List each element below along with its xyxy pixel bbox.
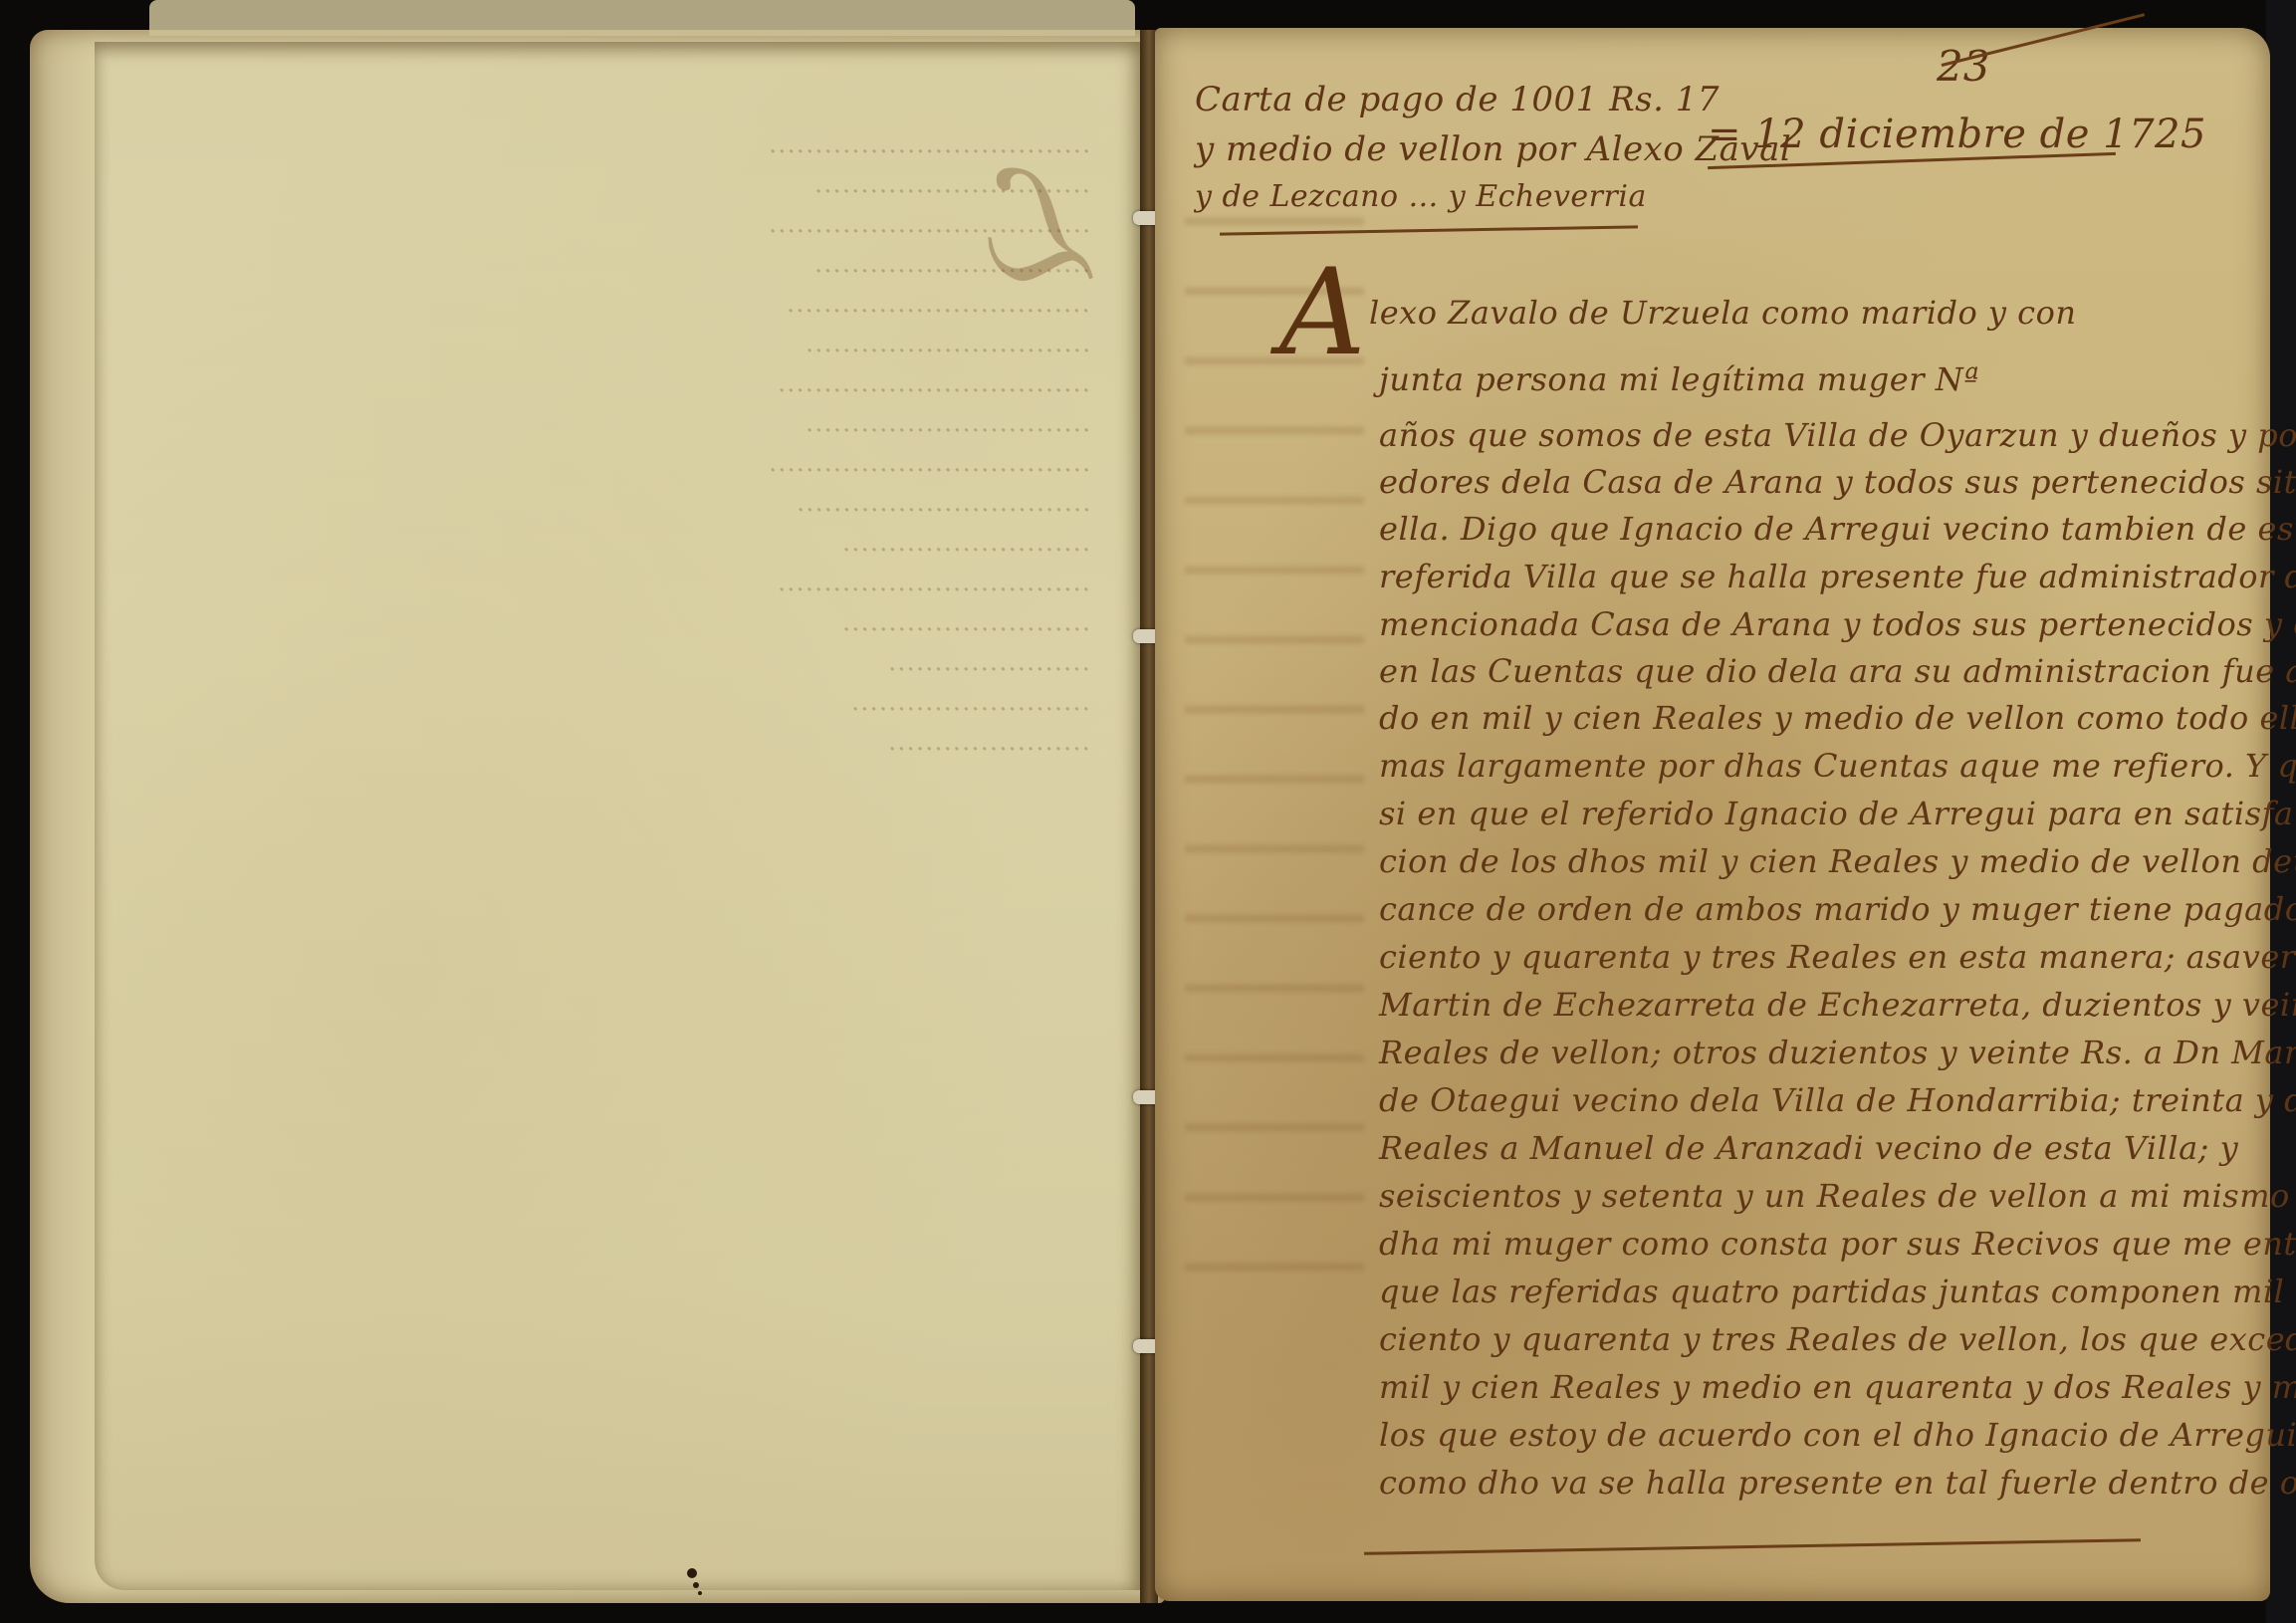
manuscript-scan: ℒ ................................... ..… — [0, 0, 2296, 1623]
bleed-through-line: ................................... — [768, 448, 1090, 478]
body-line: ella. Digo que Ignacio de Arregui vecino… — [1379, 510, 2296, 548]
body-line: los que estoy de acuerdo con el dho Igna… — [1379, 1416, 2296, 1454]
body-line: como dho va se halla presente en tal fue… — [1379, 1464, 2296, 1502]
body-line: mil y cien Reales y medio en quarenta y … — [1379, 1368, 2296, 1406]
body-line: Reales de vellon; otros duzientos y vein… — [1379, 1034, 2296, 1071]
bleed-through-line: ................................. — [786, 289, 1090, 319]
left-page: ℒ ................................... ..… — [95, 42, 1140, 1590]
body-line: mas largamente por dhas Cuentas aque me … — [1379, 747, 2296, 785]
body-line: cance de orden de ambos marido y muger t… — [1379, 890, 2296, 928]
body-line: edores dela Casa de Arana y todos sus pe… — [1379, 463, 2296, 501]
body-line: si en que el referido Ignacio de Arregui… — [1379, 795, 2293, 832]
heading-line-1: Carta de pago de 1001 Rs. 17 — [1195, 80, 1720, 119]
bleed-through-line: ................................... — [768, 129, 1090, 159]
body-line: referida Villa que se halla presente fue… — [1379, 558, 2296, 595]
bleed-through-line: ........................... — [841, 607, 1090, 637]
bleed-through-line: ........................... — [841, 528, 1090, 558]
body-line: Martin de Echezarreta de Echezarreta, du… — [1379, 986, 2296, 1024]
body-line: en las Cuentas que dio dela ara su admin… — [1379, 652, 2296, 690]
body-line: de Otaegui vecino dela Villa de Hondarri… — [1379, 1081, 2296, 1119]
bleed-through-line: .................................. — [777, 368, 1090, 398]
ink-blot — [687, 1568, 697, 1578]
bleed-through-line: .............................. — [813, 249, 1090, 279]
bleed-through-line: .......................... — [850, 687, 1090, 717]
body-line: ciento y quarenta y tres Reales en esta … — [1379, 938, 2296, 976]
body-line: mencionada Casa de Arana y todos sus per… — [1379, 605, 2296, 643]
bleed-through-line: ...................... — [887, 647, 1090, 677]
bleed-through-line: ................................ — [796, 488, 1090, 518]
folio-number: 23 — [1937, 42, 1989, 91]
heading-line-2: y medio de vellon por Alexo Zaval — [1195, 129, 1791, 169]
frayed-top-edge — [149, 0, 1135, 36]
bleed-through-line: ...................... — [887, 727, 1090, 757]
body-line: Reales a Manuel de Aranzadi vecino de es… — [1379, 1129, 2238, 1167]
body-line: ciento y quarenta y tres Reales de vello… — [1379, 1320, 2296, 1358]
body-line: dha mi muger como consta por sus Recivos… — [1379, 1225, 2296, 1263]
bleed-through-line: ............................... — [804, 329, 1090, 358]
body-line: cion de los dhos mil y cien Reales y med… — [1379, 842, 2296, 880]
body-line: años que somos de esta Villa de Oyarzun … — [1379, 416, 2296, 454]
bleed-through-line: ................................... — [768, 209, 1090, 239]
heading-date: = 12 diciembre de 1725 — [1708, 112, 2206, 157]
body-line: lexo Zavalo de Urzuela como marido y con — [1369, 294, 2076, 332]
body-line: junta persona mi legítima muger Nª — [1379, 360, 1979, 398]
body-line: do en mil y cien Reales y medio de vello… — [1379, 699, 2296, 737]
bleed-through-line: .............................. — [813, 169, 1090, 199]
body-line: seiscientos y setenta y un Reales de vel… — [1379, 1177, 2296, 1215]
bleed-through-line: ............................... — [804, 408, 1090, 438]
decorated-initial: A — [1279, 244, 1366, 382]
heading-line-3: y de Lezcano ... y Echeverria — [1195, 179, 1647, 214]
bleed-through-line: .................................. — [777, 568, 1090, 597]
body-line: que las referidas quatro partidas juntas… — [1379, 1273, 2284, 1310]
